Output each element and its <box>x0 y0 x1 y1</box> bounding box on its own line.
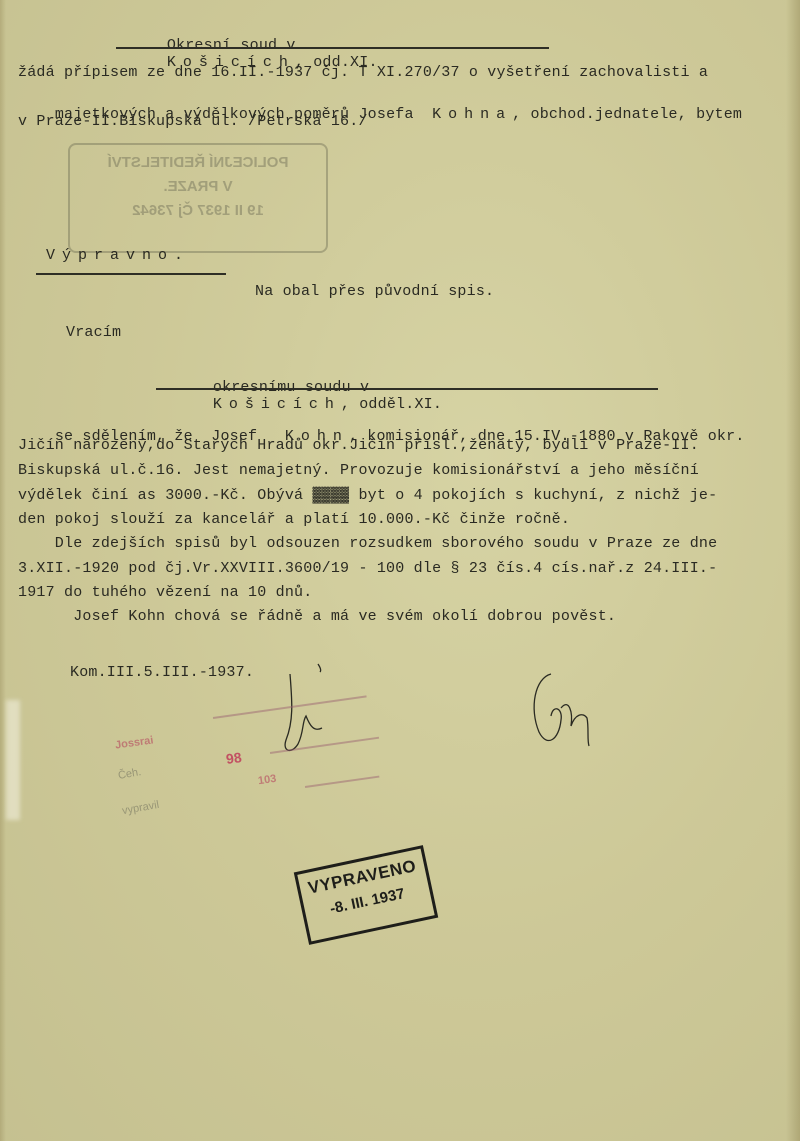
marginal-note-red-2: 98 <box>225 749 243 767</box>
body-line-3: Biskupská ul.č.16. Jest nemajetný. Provo… <box>18 462 699 479</box>
document-page: Okresní soud v Košicích, odd.XI. žádá př… <box>0 0 800 1141</box>
body-line-5: den pokoj slouží za kancelář a platí 10.… <box>18 511 570 528</box>
envelope-note: Na obal přes původní spis. <box>255 283 494 300</box>
reference-number: Kom.III.5.III.-1937. <box>70 664 254 681</box>
police-stamp-bleedthrough: POLICEJNÍ ŘEDITELSTVÍ V PRAZE. 19 II 193… <box>68 143 328 253</box>
paper-edge-right <box>786 0 800 1141</box>
police-stamp-line-1: POLICEJNÍ ŘEDITELSTVÍ <box>70 151 326 175</box>
body-line-2: Jičín narozený,do Starých Hradů okr.Jičí… <box>18 437 699 454</box>
section-title: Výpravno. <box>46 247 190 264</box>
return-label: Vracím <box>66 324 121 341</box>
marginal-note-grey-2: vypravil <box>121 799 160 817</box>
signature-initial-2 <box>525 668 595 753</box>
sent-stamp: VYPRAVENO -8. III. 1937 <box>294 845 439 945</box>
marginal-note-red-1: Jossrai <box>114 734 154 751</box>
body-line-8: 1917 do tuhého vězení na 10 dnů. <box>18 584 312 601</box>
request-line-2-tail: , obchod.jednatele, bytem <box>512 106 742 123</box>
marginal-note-red-3: 103 <box>257 773 277 787</box>
request-line-1: žádá přípisem ze dne 16.II.-1937 čj. T X… <box>18 64 708 81</box>
section-title-underline <box>36 273 226 275</box>
addressee-underline <box>156 388 658 390</box>
body-line-9: Josef Kohn chová se řádně a má ve svém o… <box>18 608 616 625</box>
header-underline <box>116 47 549 49</box>
police-stamp-line-3: 19 II 1937 Čj 73642 <box>70 199 326 223</box>
paper-edge-left <box>0 0 6 1141</box>
body-line-6: Dle zdejších spisů byl odsouzen rozsudke… <box>18 535 717 552</box>
pencil-line-3 <box>305 776 379 788</box>
police-stamp-line-2: V PRAZE. <box>70 175 326 199</box>
marginal-note-grey-1: Čeh. <box>117 766 142 782</box>
body-line-4: výdělek činí as 3000.-Kč. Obývá ▓▓▓▓ byt… <box>18 487 717 504</box>
paper-wear-mark <box>6 700 20 820</box>
body-line-7: 3.XII.-1920 pod čj.Vr.XXVIII.3600/19 - 1… <box>18 560 717 577</box>
header-court-label: Okresní soud v <box>167 37 296 54</box>
request-person-name: Kohna <box>432 106 512 123</box>
request-line-3: v Praze-II.Biskupská ul. /Petrská 16./ <box>18 113 368 130</box>
